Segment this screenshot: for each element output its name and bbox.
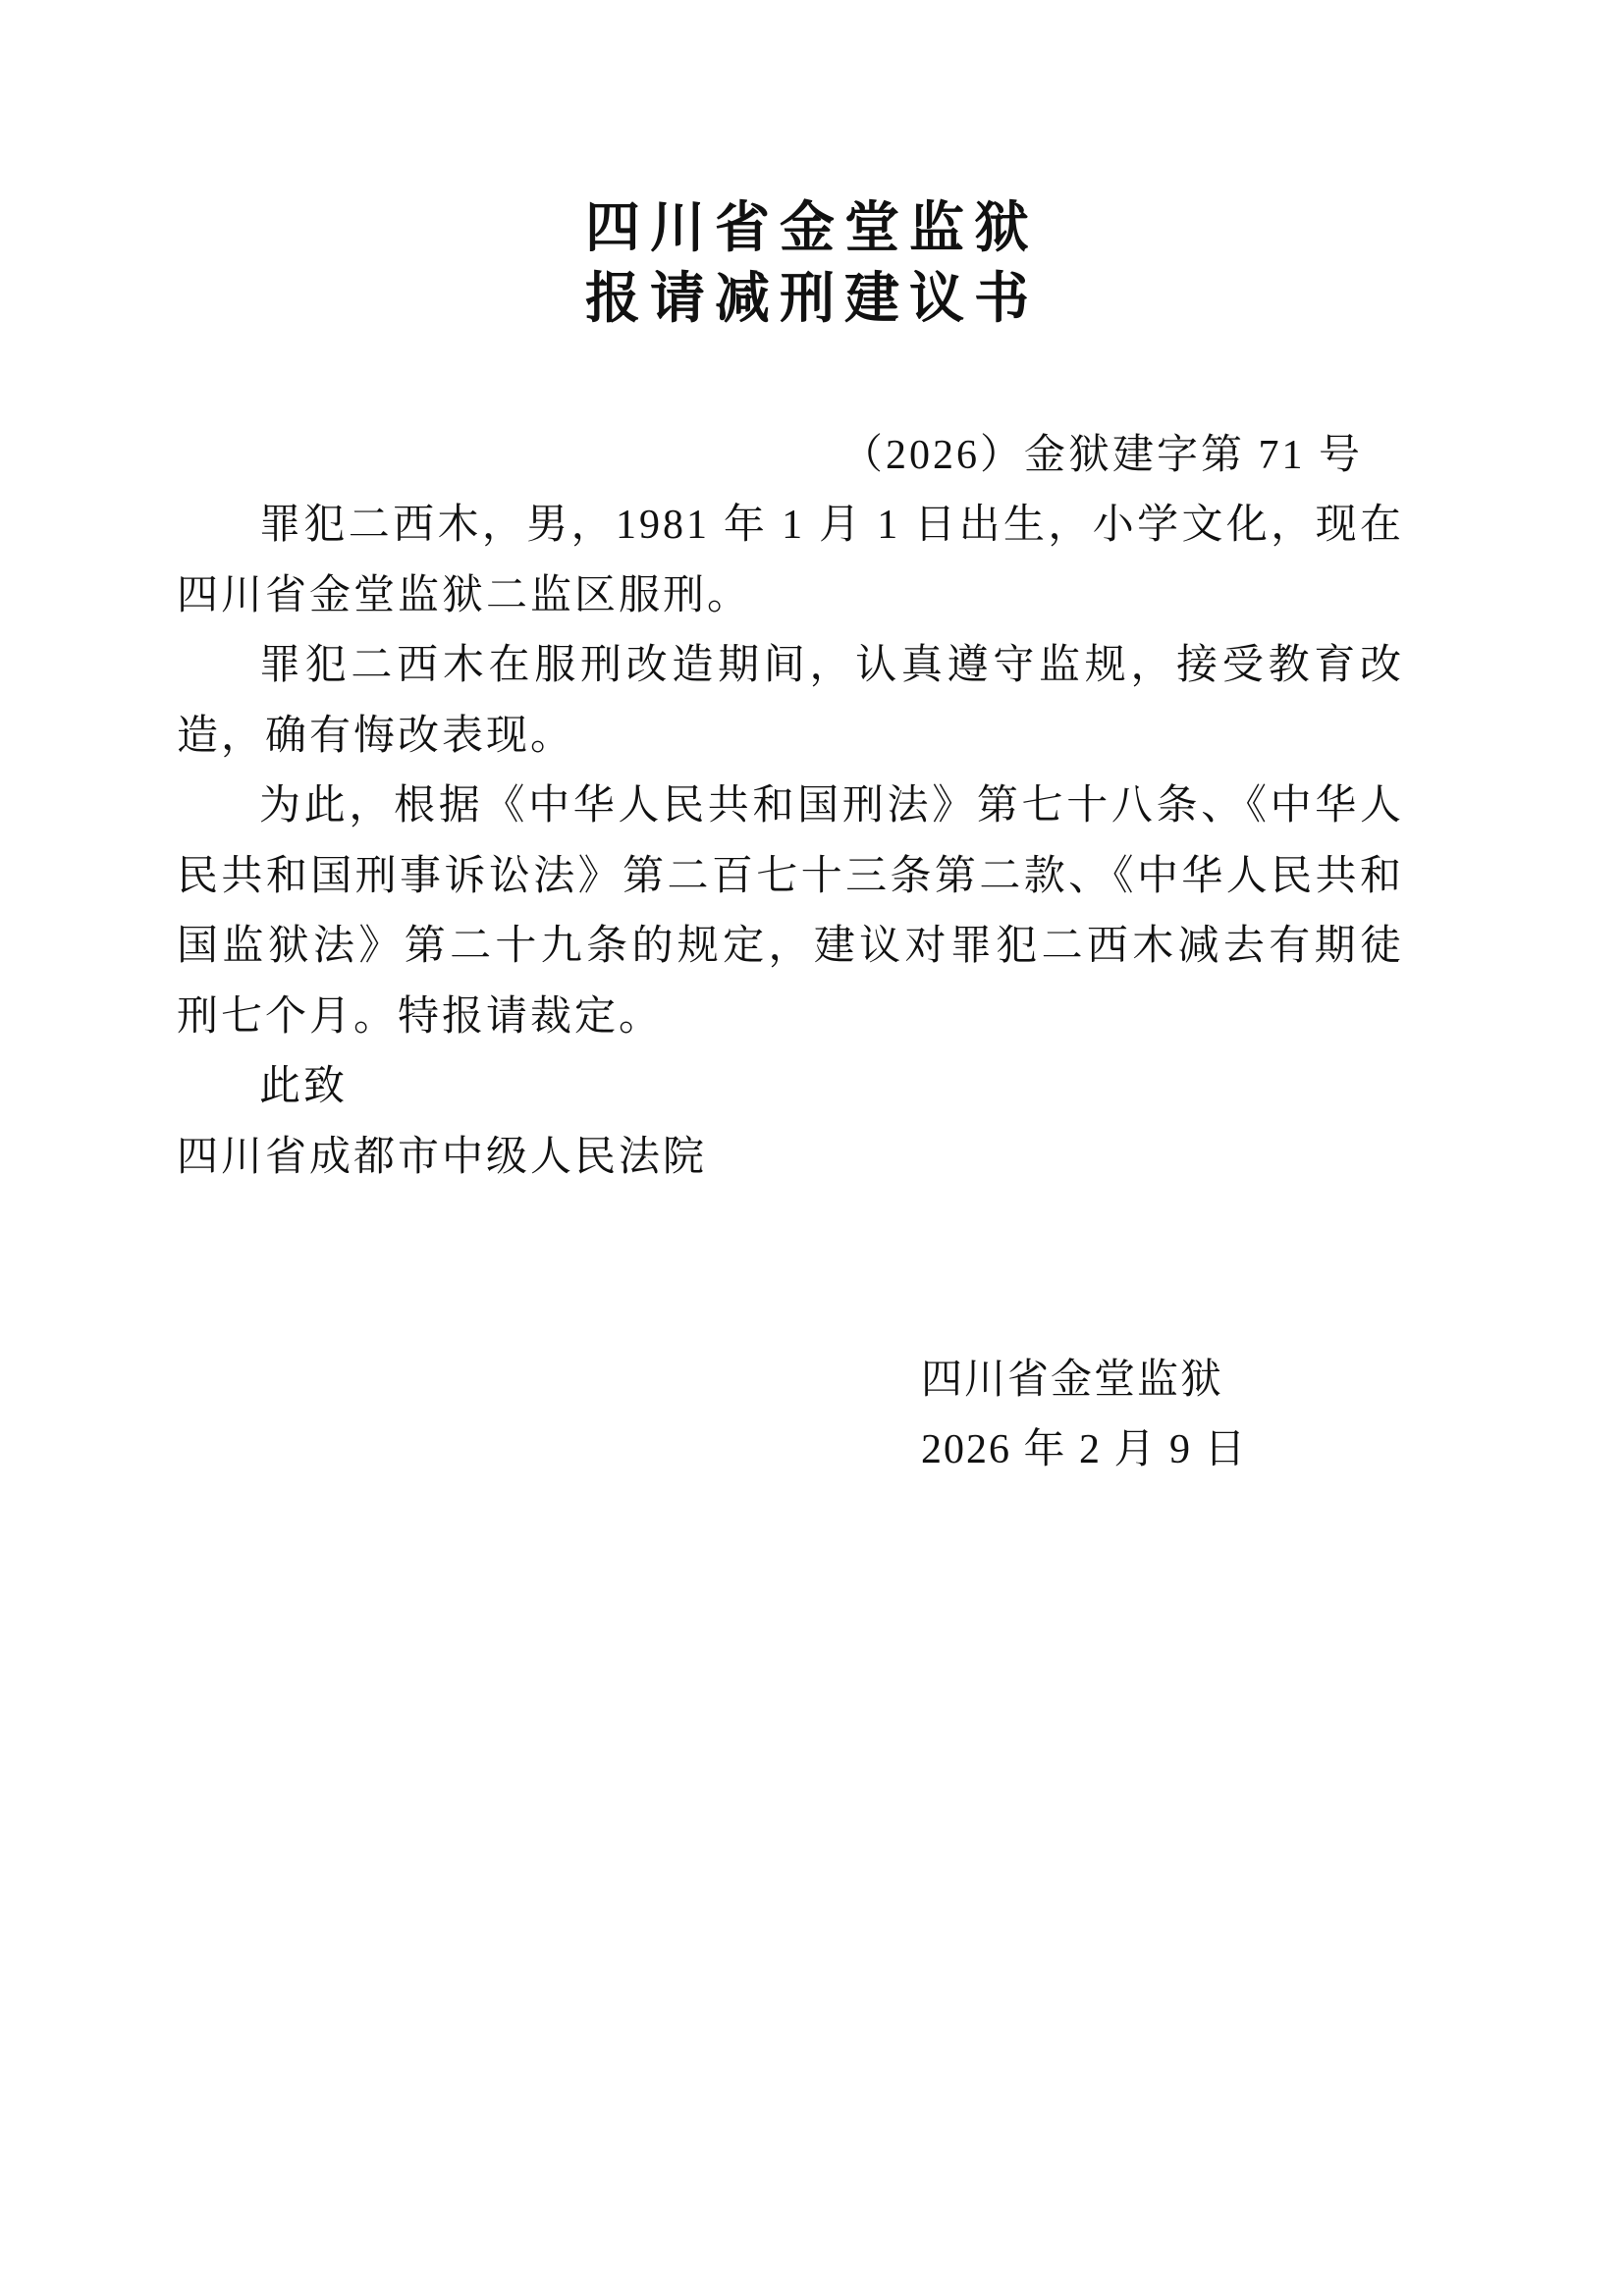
signature-block: 四川省金堂监狱 2026 年 2 月 9 日 bbox=[921, 1346, 1624, 1485]
title-line-1: 四川省金堂监狱 bbox=[0, 192, 1624, 263]
signature-org: 四川省金堂监狱 bbox=[921, 1346, 1624, 1415]
title-line-2: 报请减刑建议书 bbox=[0, 263, 1624, 334]
paragraph-legal-basis: 为此，根据《中华人民共和国刑法》第七十八条、《中华人民共和国刑事诉讼法》第二百七… bbox=[177, 772, 1404, 1052]
signature-date: 2026 年 2 月 9 日 bbox=[921, 1415, 1624, 1485]
document-title: 四川省金堂监狱 报请减刑建议书 bbox=[0, 0, 1624, 334]
recipient-court: 四川省成都市中级人民法院 bbox=[177, 1123, 1404, 1194]
document-body: 罪犯二西木，男，1981 年 1 月 1 日出生，小学文化，现在四川省金堂监狱二… bbox=[177, 491, 1404, 1193]
paragraph-reform-performance: 罪犯二西木在服刑改造期间，认真遵守监规，接受教育改造，确有悔改表现。 bbox=[177, 631, 1404, 772]
paragraph-offender-info: 罪犯二西木，男，1981 年 1 月 1 日出生，小学文化，现在四川省金堂监狱二… bbox=[177, 491, 1404, 631]
document-page: 四川省金堂监狱 报请减刑建议书 （2026）金狱建字第 71 号 罪犯二西木，男… bbox=[0, 0, 1624, 2296]
salutation: 此致 bbox=[177, 1052, 1404, 1123]
document-number: （2026）金狱建字第 71 号 bbox=[0, 420, 1624, 491]
